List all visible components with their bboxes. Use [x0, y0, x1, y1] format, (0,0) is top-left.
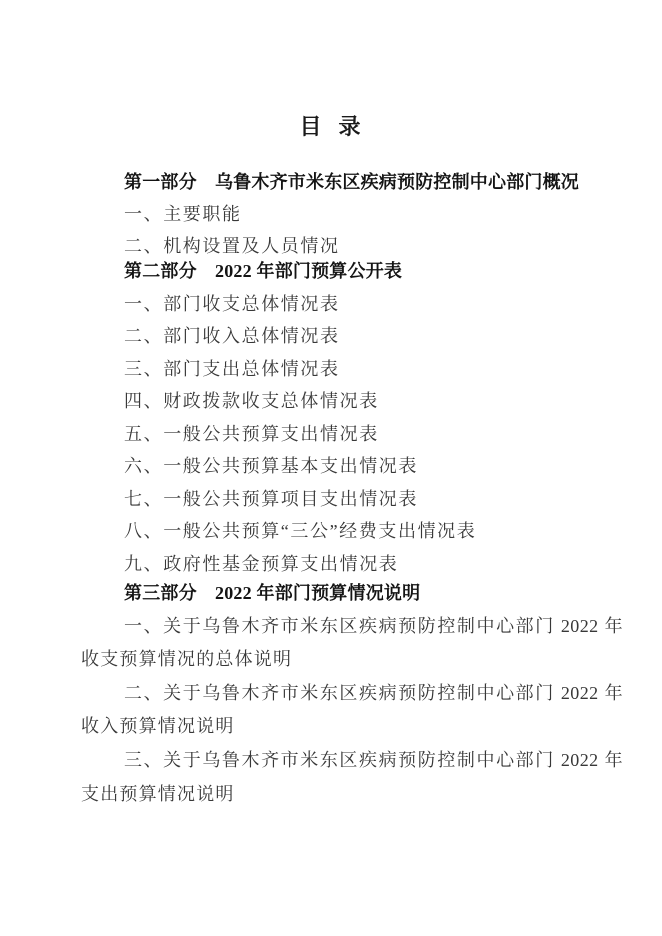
toc-item: 二、机构设置及人员情况: [81, 236, 623, 257]
page-title: 目 录: [0, 115, 662, 139]
toc-section-heading-2: 第二部分 2022 年部门预算公开表: [81, 261, 623, 282]
toc-paragraph-line: 一、关于乌鲁木齐市米东区疾病预防控制中心部门 2022 年: [81, 616, 623, 637]
toc-item: 八、一般公共预算“三公”经费支出情况表: [81, 521, 623, 542]
toc-paragraph-line: 收支预算情况的总体说明: [81, 649, 580, 670]
toc-paragraph-line: 三、关于乌鲁木齐市米东区疾病预防控制中心部门 2022 年: [81, 750, 623, 771]
toc-item: 六、一般公共预算基本支出情况表: [81, 456, 623, 477]
toc-paragraph-line: 收入预算情况说明: [81, 716, 580, 737]
toc-section-heading-1: 第一部分 乌鲁木齐市米东区疾病预防控制中心部门概况: [81, 172, 623, 193]
toc-item: 九、政府性基金预算支出情况表: [81, 554, 623, 575]
toc-item: 二、部门收入总体情况表: [81, 326, 623, 347]
toc-paragraph-line: 支出预算情况说明: [81, 784, 580, 805]
toc-item: 一、部门收支总体情况表: [81, 294, 623, 315]
toc-item: 五、一般公共预算支出情况表: [81, 424, 623, 445]
document-page: 目 录 第一部分 乌鲁木齐市米东区疾病预防控制中心部门概况 一、主要职能 二、机…: [0, 0, 662, 936]
toc-item: 四、财政拨款收支总体情况表: [81, 391, 623, 412]
toc-paragraph-line: 二、关于乌鲁木齐市米东区疾病预防控制中心部门 2022 年: [81, 683, 623, 704]
toc-item: 七、一般公共预算项目支出情况表: [81, 489, 623, 510]
toc-section-heading-3: 第三部分 2022 年部门预算情况说明: [81, 583, 623, 604]
toc-item: 三、部门支出总体情况表: [81, 359, 623, 380]
toc-item: 一、主要职能: [81, 204, 623, 225]
